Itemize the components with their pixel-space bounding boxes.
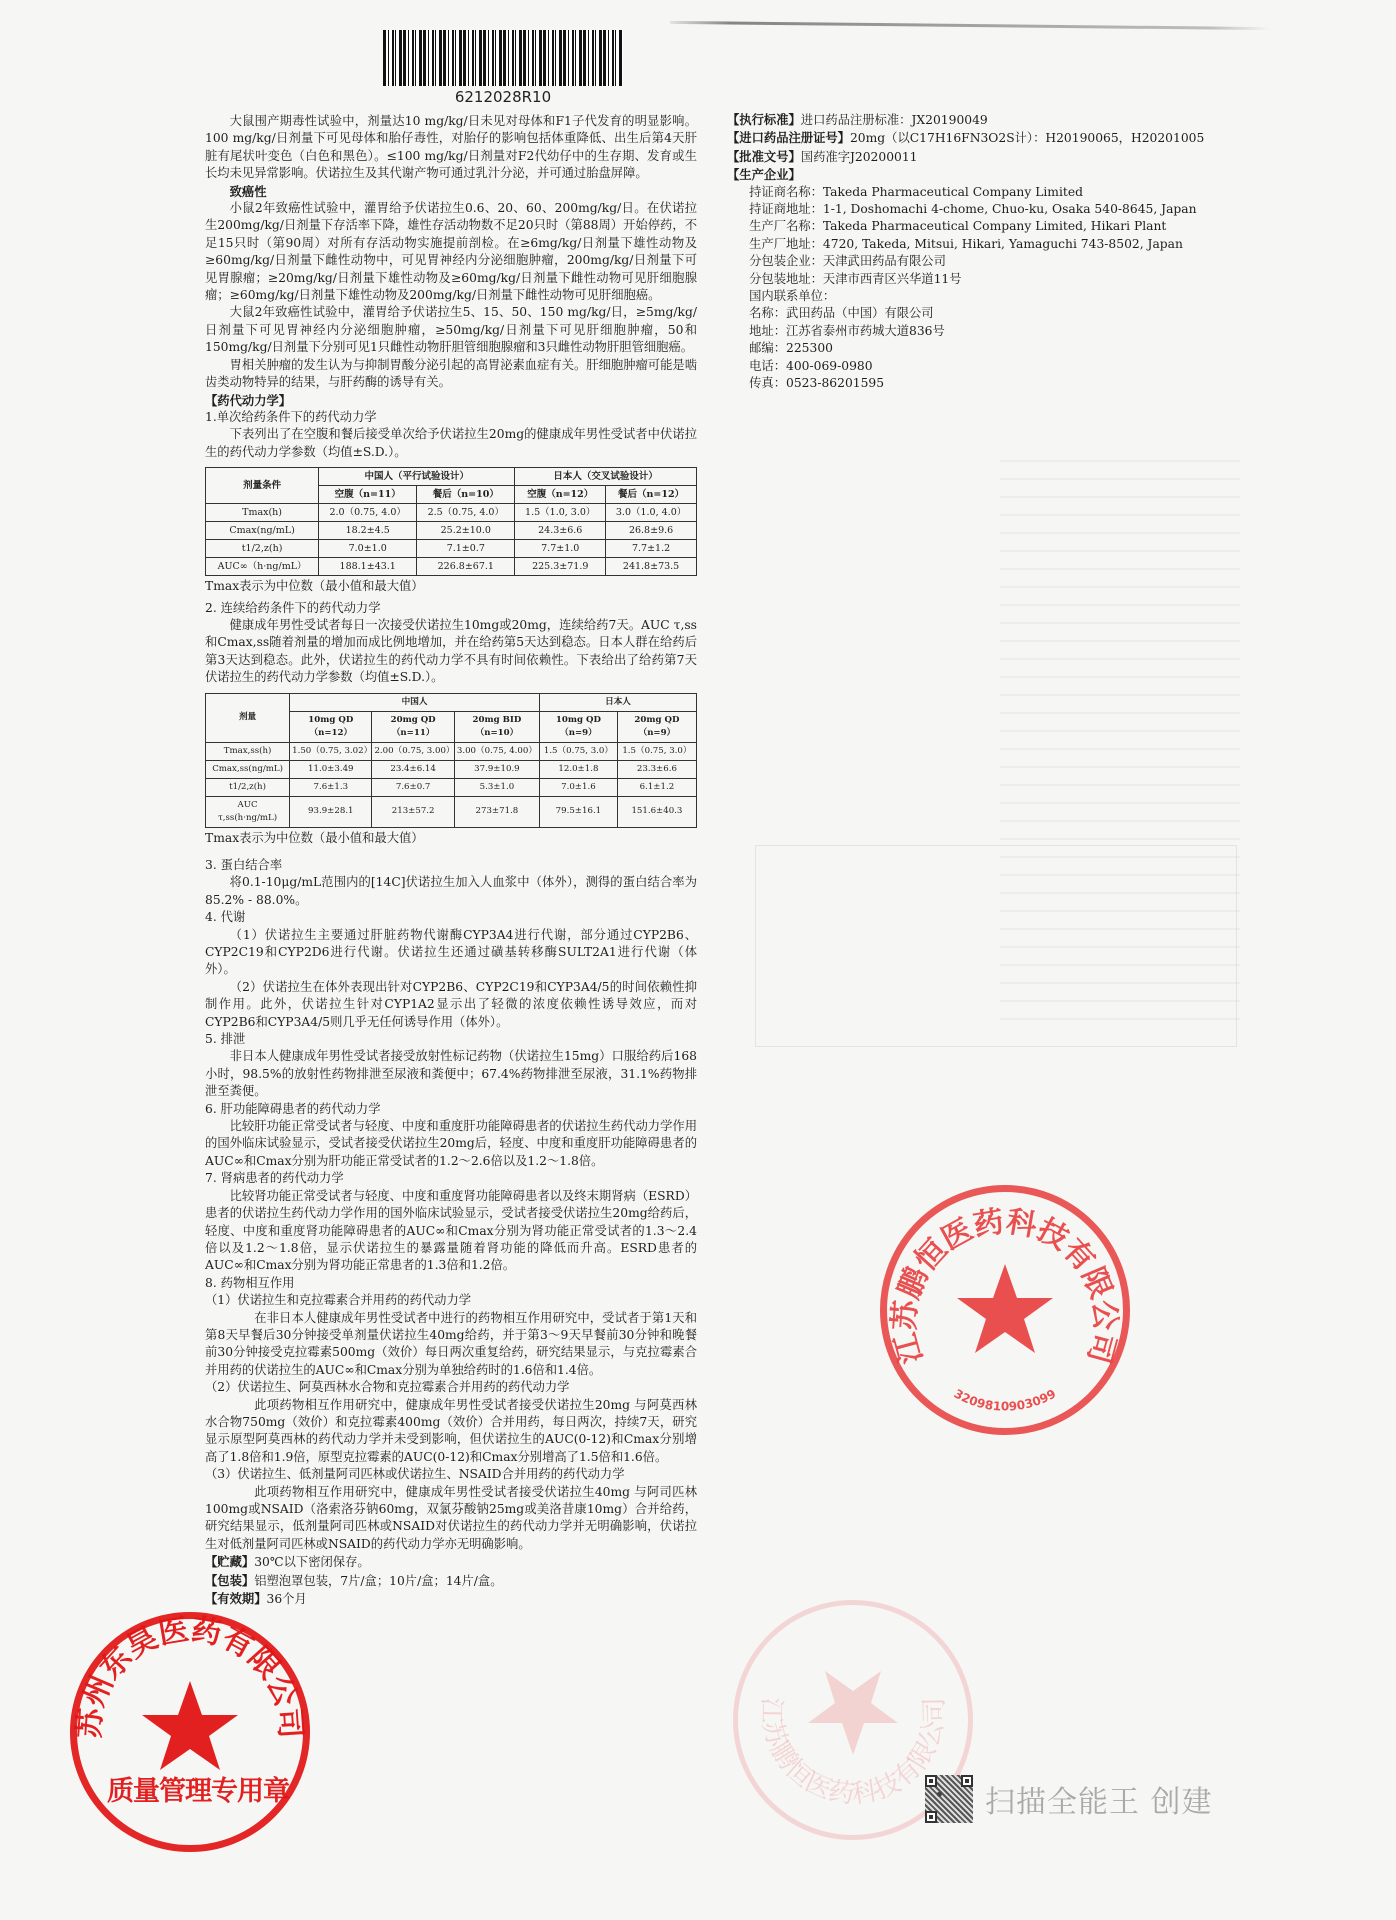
standard-line: 【执行标准】进口药品注册标准：JX20190049	[727, 111, 1247, 129]
bleed-through-table	[755, 845, 1237, 1047]
table-row: AUC∞（h·ng/mL）188.1±43.1226.8±67.1225.3±7…	[206, 558, 697, 576]
approval-line: 【批准文号】国药准字J20200011	[727, 148, 1247, 166]
group-header: 日本人（交叉试验设计）	[515, 468, 697, 486]
shelf-life-label: 【有效期】	[205, 1591, 267, 1606]
storage-label: 【贮藏】	[205, 1554, 254, 1569]
value-cell: 225.3±71.9	[515, 558, 606, 576]
carcinogenicity-heading: 致癌性	[205, 183, 697, 200]
protein-binding-text: 将0.1-10μg/mL范围内的[14C]伏诺拉生加入人血浆中（体外），测得的蛋…	[205, 874, 697, 909]
package-line: 【包装】铝塑泡罩包装，7片/盒；10片/盒；14片/盒。	[205, 1572, 697, 1590]
star-icon	[808, 1671, 898, 1755]
subheader-cell: 10mg QD（n=12）	[290, 711, 372, 742]
param-cell: Tmax(h)	[206, 504, 319, 522]
subheader-cell: 20mg QD（n=9）	[617, 711, 696, 742]
param-cell: AUC τ,ss(h·ng/mL)	[206, 796, 290, 827]
table-row: Tmax,ss(h)1.50（0.75, 3.02）2.00（0.75, 3.0…	[206, 742, 697, 760]
subheader-cell: 餐后（n=12）	[606, 486, 697, 504]
param-cell: t1/2,z(h)	[206, 778, 290, 796]
table-row: Cmax(ng/mL)18.2±4.525.2±10.024.3±6.626.8…	[206, 522, 697, 540]
subheader-cell: 空腹（n=11）	[319, 486, 417, 504]
manufacturer-field: 分包装地址：天津市西青区兴华道11号	[727, 271, 1247, 288]
group-header: 中国人	[290, 693, 540, 711]
subheader-cell: 20mg BID（n=10）	[454, 711, 539, 742]
interactions-heading: 8. 药物相互作用	[205, 1275, 697, 1292]
table-row: t1/2,z(h)7.6±1.37.6±0.75.3±1.07.0±1.66.1…	[206, 778, 697, 796]
field-key: 分包装企业：	[749, 254, 823, 268]
multi-dose-intro: 健康成年男性受试者每日一次接受伏诺拉生10mg或20mg，连续给药7天。AUC …	[205, 617, 697, 687]
manufacturer-fields: 持证商名称：Takeda Pharmaceutical Company Limi…	[727, 184, 1247, 393]
interaction-3-title: （3）伏诺拉生、低剂量阿司匹林或伏诺拉生、NSAID合并用药的药代动力学	[205, 1466, 697, 1483]
single-dose-heading: 1.单次给药条件下的药代动力学	[205, 409, 697, 426]
package-text: 铝塑泡罩包装，7片/盒；10片/盒；14片/盒。	[254, 1574, 502, 1588]
value-cell: 151.6±40.3	[617, 796, 696, 827]
value-cell: 18.2±4.5	[319, 522, 417, 540]
field-value: 天津市西青区兴华道11号	[823, 272, 962, 286]
value-cell: 37.9±10.9	[454, 760, 539, 778]
manufacturer-field: 国内联系单位：	[727, 288, 1247, 305]
group-header: 中国人（平行试验设计）	[319, 468, 515, 486]
field-key: 邮编：	[749, 341, 786, 355]
table-row: Cmax,ss(ng/mL)11.0±3.4923.4±6.1437.9±10.…	[206, 760, 697, 778]
qc-seal-label: 质量管理专用章	[107, 1769, 277, 1808]
manufacturer-field: 邮编：225300	[727, 340, 1247, 357]
value-cell: 2.00（0.75, 3.00）	[372, 742, 454, 760]
excretion-text: 非日本人健康成年男性受试者接受放射性标记药物（伏诺拉生15mg）口服给药后168…	[205, 1048, 697, 1100]
single-dose-pk-table: 剂量条件 中国人（平行试验设计） 日本人（交叉试验设计） 空腹（n=11）餐后（…	[205, 467, 697, 576]
standard-text: 进口药品注册标准：JX20190049	[801, 113, 988, 127]
param-cell: Cmax(ng/mL)	[206, 522, 319, 540]
manufacturer-field: 电话：400-069-0980	[727, 358, 1247, 375]
field-key: 电话：	[749, 359, 786, 373]
value-cell: 79.5±16.1	[540, 796, 618, 827]
field-key: 持证商名称：	[749, 185, 823, 199]
approval-label: 【批准文号】	[727, 149, 801, 164]
storage-line: 【贮藏】30℃以下密闭保存。	[205, 1553, 697, 1571]
manufacturer-field: 传真：0523-86201595	[727, 375, 1247, 392]
field-value: 225300	[786, 341, 833, 355]
field-key: 持证商地址：	[749, 202, 823, 216]
value-cell: 213±57.2	[372, 796, 454, 827]
manufacturer-field: 生产厂名称：Takeda Pharmaceutical Company Limi…	[727, 218, 1247, 235]
barcode	[383, 30, 623, 86]
svg-text:3209810903099: 3209810903099	[952, 1387, 1059, 1414]
subheader-cell: 10mg QD（n=9）	[540, 711, 618, 742]
interaction-2-text: 此项药物相互作用研究中，健康成年男性受试者接受伏诺拉生20mg 与阿莫西林水合物…	[205, 1397, 697, 1467]
manufacturer-field: 分包装企业：天津武田药品有限公司	[727, 253, 1247, 270]
multi-dose-footnote: Tmax表示为中位数（最小值和最大值）	[205, 830, 697, 847]
field-value: 1-1, Doshomachi 4-chome, Chuo-ku, Osaka …	[823, 202, 1197, 216]
renal-heading: 7. 肾病患者的药代动力学	[205, 1170, 697, 1187]
manufacturer-field: 生产厂地址：4720, Takeda, Mitsui, Hikari, Yama…	[727, 236, 1247, 253]
field-value: 0523-86201595	[786, 376, 884, 390]
value-cell: 3.0（1.0, 4.0）	[606, 504, 697, 522]
single-dose-footnote: Tmax表示为中位数（最小值和最大值）	[205, 578, 697, 595]
multi-dose-pk-table: 剂量 中国人日本人 10mg QD（n=12）20mg QD（n=11）20mg…	[205, 693, 697, 828]
package-label: 【包装】	[205, 1573, 254, 1588]
value-cell: 7.6±1.3	[290, 778, 372, 796]
import-license-line: 【进口药品注册证号】20mg（以C17H16FN3O2S计）：H20190065…	[727, 129, 1247, 147]
multi-dose-heading: 2. 连续给药条件下的药代动力学	[205, 600, 697, 617]
value-cell: 7.1±0.7	[417, 540, 515, 558]
subheader-cell: 20mg QD（n=11）	[372, 711, 454, 742]
barcode-number: 6212028R10	[383, 88, 623, 106]
protein-binding-heading: 3. 蛋白结合率	[205, 857, 697, 874]
value-cell: 24.3±6.6	[515, 522, 606, 540]
value-cell: 93.9±28.1	[290, 796, 372, 827]
table-row: t1/2,z(h)7.0±1.07.1±0.77.7±1.07.7±1.2	[206, 540, 697, 558]
subheader-cell: 空腹（n=12）	[515, 486, 606, 504]
field-value: Takeda Pharmaceutical Company Limited	[823, 185, 1083, 199]
value-cell: 7.0±1.0	[319, 540, 417, 558]
table-row: AUC τ,ss(h·ng/mL)93.9±28.1213±57.2273±71…	[206, 796, 697, 827]
shelf-life-line: 【有效期】36个月	[205, 1590, 697, 1608]
interaction-1-text: 在非日本人健康成年男性受试者中进行的药物相互作用研究中，受试者于第1天和第8天早…	[205, 1310, 697, 1380]
carcinogenicity-note: 胃相关肿瘤的发生认为与抑制胃酸分泌引起的高胃泌素血症有关。肝细胞肿瘤可能是啮齿类…	[205, 357, 697, 392]
field-key: 生产厂名称：	[749, 219, 823, 233]
watermark-text: 扫描全能王 创建	[985, 1777, 1213, 1821]
star-icon	[957, 1264, 1053, 1353]
field-value: Takeda Pharmaceutical Company Limited, H…	[823, 219, 1166, 233]
right-column: 【执行标准】进口药品注册标准：JX20190049 【进口药品注册证号】20mg…	[727, 111, 1247, 393]
value-cell: 1.50（0.75, 3.02）	[290, 742, 372, 760]
value-cell: 12.0±1.8	[540, 760, 618, 778]
standard-label: 【执行标准】	[727, 112, 801, 127]
value-cell: 241.8±73.5	[606, 558, 697, 576]
table-corner: 剂量	[206, 693, 290, 742]
metabolism-item-2: （2）伏诺拉生在体外表现出针对CYP2B6、CYP2C19和CYP3A4/5的时…	[205, 979, 697, 1031]
single-dose-intro: 下表列出了在空腹和餐后接受单次给予伏诺拉生20mg的健康成年男性受试者中伏诺拉生…	[205, 426, 697, 461]
manufacturer-field: 名称：武田药品（中国）有限公司	[727, 305, 1247, 322]
param-cell: Cmax,ss(ng/mL)	[206, 760, 290, 778]
value-cell: 2.5（0.75, 4.0）	[417, 504, 515, 522]
field-key: 分包装地址：	[749, 272, 823, 286]
group-header: 日本人	[540, 693, 697, 711]
value-cell: 1.5（0.75, 3.0）	[540, 742, 618, 760]
hepatic-heading: 6. 肝功能障碍患者的药代动力学	[205, 1101, 697, 1118]
field-value: 武田药品（中国）有限公司	[786, 306, 934, 320]
value-cell: 1.5（1.0, 3.0）	[515, 504, 606, 522]
value-cell: 26.8±9.6	[606, 522, 697, 540]
hepatic-text: 比较肝功能正常受试者与轻度、中度和重度肝功能障碍患者的伏诺拉生药代动力学作用的国…	[205, 1118, 697, 1170]
metabolism-heading: 4. 代谢	[205, 909, 697, 926]
field-value: 江苏省泰州市药城大道836号	[786, 324, 945, 338]
value-cell: 25.2±10.0	[417, 522, 515, 540]
value-cell: 5.3±1.0	[454, 778, 539, 796]
value-cell: 6.1±1.2	[617, 778, 696, 796]
manufacturer-field: 持证商名称：Takeda Pharmaceutical Company Limi…	[727, 184, 1247, 201]
value-cell: 1.5（0.75, 3.0）	[617, 742, 696, 760]
param-cell: t1/2,z(h)	[206, 540, 319, 558]
subheader-cell: 餐后（n=10）	[417, 486, 515, 504]
shelf-life-text: 36个月	[267, 1592, 307, 1606]
carcinogenicity-rat-paragraph: 大鼠2年致癌性试验中，灌胃给予伏诺拉生5、15、50、150 mg/kg/日，≥…	[205, 304, 697, 356]
quality-management-seal-stamp: 苏州东昊医药有限公司 质量管理专用章	[70, 1612, 310, 1852]
value-cell: 7.6±0.7	[372, 778, 454, 796]
field-key: 国内联系单位：	[749, 289, 835, 303]
value-cell: 7.7±1.2	[606, 540, 697, 558]
company-seal-code: 3209810903099	[952, 1387, 1059, 1414]
value-cell: 11.0±3.49	[290, 760, 372, 778]
manufacturer-field: 持证商地址：1-1, Doshomachi 4-chome, Chuo-ku, …	[727, 201, 1247, 218]
value-cell: 226.8±67.1	[417, 558, 515, 576]
storage-text: 30℃以下密闭保存。	[254, 1555, 369, 1569]
value-cell: 2.0（0.75, 4.0）	[319, 504, 417, 522]
value-cell: 7.7±1.0	[515, 540, 606, 558]
metabolism-item-1: （1）伏诺拉生主要通过肝脏药物代谢酶CYP3A4进行代谢，部分通过CYP2B6、…	[205, 927, 697, 979]
qr-code-icon	[925, 1775, 973, 1823]
field-value: 400-069-0980	[786, 359, 873, 373]
renal-text: 比较肾功能正常受试者与轻度、中度和重度肾功能障碍患者以及终末期肾病（ESRD）患…	[205, 1188, 697, 1275]
field-key: 地址：	[749, 324, 786, 338]
value-cell: 188.1±43.1	[319, 558, 417, 576]
table-row: Tmax(h)2.0（0.75, 4.0）2.5（0.75, 4.0）1.5（1…	[206, 504, 697, 522]
repro-toxicity-paragraph: 大鼠围产期毒性试验中，剂量达10 mg/kg/日未见对母体和F1子代发育的明显影…	[205, 113, 697, 183]
param-cell: AUC∞（h·ng/mL）	[206, 558, 319, 576]
scan-edge-line	[670, 21, 1270, 30]
value-cell: 23.3±6.6	[617, 760, 696, 778]
import-license-label: 【进口药品注册证号】	[727, 130, 850, 145]
param-cell: Tmax,ss(h)	[206, 742, 290, 760]
approval-text: 国药准字J20200011	[801, 150, 918, 164]
value-cell: 273±71.8	[454, 796, 539, 827]
company-seal-stamp: 江苏鹏恒医药科技有限公司 3209810903099	[880, 1185, 1130, 1435]
star-icon	[142, 1681, 238, 1770]
pk-heading: 【药代动力学】	[205, 392, 697, 409]
field-value: 4720, Takeda, Mitsui, Hikari, Yamaguchi …	[823, 237, 1183, 251]
interaction-3-text: 此项药物相互作用研究中，健康成年男性受试者接受伏诺拉生40mg 与阿司匹林100…	[205, 1484, 697, 1554]
interaction-2-title: （2）伏诺拉生、阿莫西林水合物和克拉霉素合并用药的药代动力学	[205, 1379, 697, 1396]
scanner-watermark: 扫描全能王 创建	[925, 1775, 1213, 1823]
field-key: 传真：	[749, 376, 786, 390]
manufacturer-label: 【生产企业】	[727, 166, 1247, 183]
field-value: 天津武田药品有限公司	[823, 254, 946, 268]
value-cell: 23.4±6.14	[372, 760, 454, 778]
left-column: 大鼠围产期毒性试验中，剂量达10 mg/kg/日未见对母体和F1子代发育的明显影…	[205, 113, 697, 1608]
field-key: 生产厂地址：	[749, 237, 823, 251]
carcinogenicity-mouse-paragraph: 小鼠2年致癌性试验中，灌胃给予伏诺拉生0.6、20、60、200mg/kg/日。…	[205, 200, 697, 304]
interaction-1-title: （1）伏诺拉生和克拉霉素合并用药的药代动力学	[205, 1292, 697, 1309]
manufacturer-field: 地址：江苏省泰州市药城大道836号	[727, 323, 1247, 340]
field-key: 名称：	[749, 306, 786, 320]
value-cell: 7.0±1.6	[540, 778, 618, 796]
import-license-text: 20mg（以C17H16FN3O2S计）：H20190065，H20201005	[850, 131, 1204, 145]
value-cell: 3.00（0.75, 4.00）	[454, 742, 539, 760]
excretion-heading: 5. 排泄	[205, 1031, 697, 1048]
table-corner: 剂量条件	[206, 468, 319, 504]
